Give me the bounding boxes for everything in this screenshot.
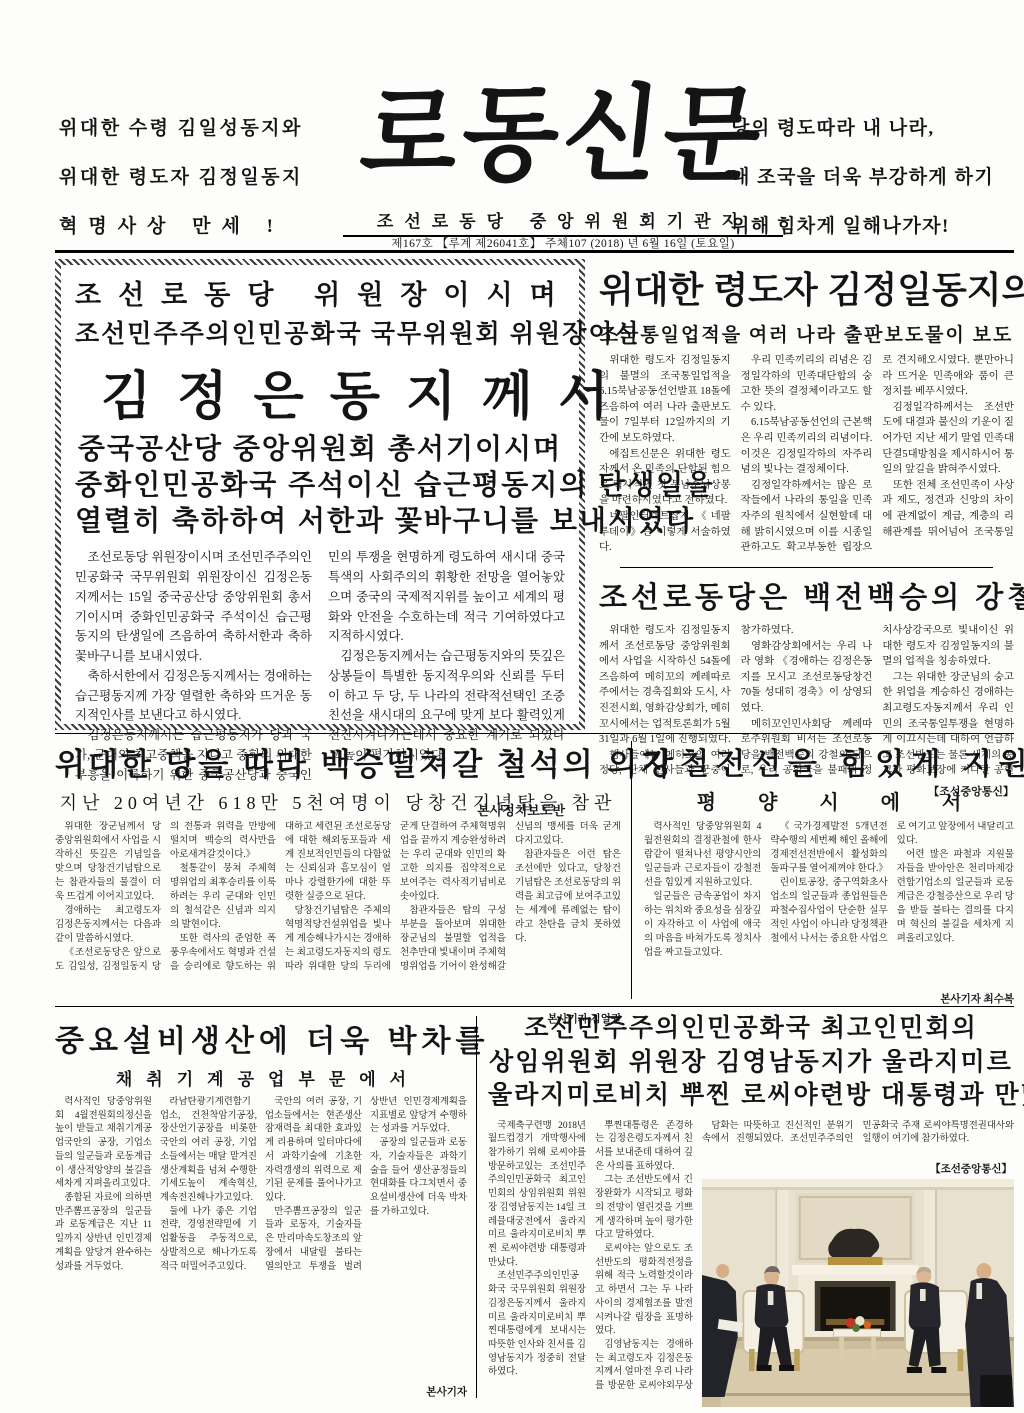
paragraph: 어련 많은 파철과 지원물자들을 받아안은 천리마제강련합기업소의 일군들과 로… [897,849,1014,947]
slogan-line: 당의 령도따라 내 나라, [731,113,1011,162]
paragraph: 뿌찐대통령은 존경하는 김정은령도자께서 친서를 보내준데 대하여 깊은 사의를… [595,1120,693,1175]
top-right-column: 위대한 령도자 김정일동지의 조국통일업적을 여러 나라 출판보도물이 보도 위… [599,262,1014,730]
paragraph: 6.15북남공동선언의 근본핵은 우리 민족끼리의 리념이다. 이것은 김정일각… [741,415,873,477]
paragraph: 력사적인 당중앙위원회 4월전원회의정신을 높이 받들고 채취기계공업국안의 공… [55,1096,152,1192]
paragraph: 담화는 따뜻하고 진신적인 분위기속에서 진행되였다. 조선민주주의인민공화국 … [702,1120,1014,1147]
pyongyang-body: 력사적인 당중앙위원회 4월전원회의 결정관철에 한사람같이 떨쳐나선 평양시안… [644,821,1014,989]
masthead: 위대한 수령 김일성동지와위대한 령도자 김정일동지혁명사상 만세 ! 로동신문… [55,95,1014,247]
putin-article: 조선민주주의인민공화국 최고인민회의 상임위원회 위원장 김영남동지가 울라지미… [488,1012,1014,1408]
equipment-body: 력사적인 당중앙위원회 4월전원회의정신을 높이 받들고 채취기계공업국안의 공… [55,1096,467,1382]
reunification-subhead: 조국통일업적을 여러 나라 출판보도물이 보도 [599,320,1014,347]
lead-deck-1: 중국공산당 중앙위원회 총서기이시며 [75,431,565,467]
lead-article-box: 조선로동당 위원장이시며 조선민주주의인민공화국 국무위원회 위원장이신 김정은… [55,259,585,730]
putin-body-note: 담화는 따뜻하고 진신적인 분위기속에서 진행되였다. 조선민주주의인민공화국 … [702,1120,1014,1160]
equipment-byline: 본사기자 [55,1384,467,1399]
newspaper-page: 위대한 수령 김일성동지와위대한 령도자 김정일동지혁명사상 만세 ! 로동신문… [0,0,1024,1413]
column-divider-rule [476,1016,477,1398]
steel-party-headline: 조선로동당은 백전백승의 강철의 당 [599,575,1014,616]
bottom-band: 중요설비생산에 더욱 박차를 채취기계공업부문에서 력사적인 당중앙위원회 4월… [55,1012,1014,1405]
pyongyang-subhead: 평양시에서 [644,786,1014,815]
paragraph: 네팔인터네트잡지 《네팔 루데이》는 이렇게 서술하였다. [599,509,731,556]
lead-headline: 김정은동지께서 [75,354,565,429]
masthead-rule [55,250,1014,253]
monument-subhead: 지난 20여년간 618만 5천여명이 당창건기념탑을 참관 [55,789,621,815]
putin-body: 국제축구련맹 2018년 월드컵경기 개막행사에 참가하기 위해 로씨야를 방문… [488,1120,693,1408]
paragraph: 《국가경제발전 5개년전략수행의 세번째 해인 올해에 경제전선전반에서 활성화… [770,821,887,877]
monument-article: 위대한 당을 따라 백승떨쳐갈 철석의 의지 지난 20여년간 618만 5천여… [55,739,621,1026]
paragraph: 에집트신문은 위대한 령도자께서 온 민족의 단합된 힘으로 력사적인 첫 북남… [599,447,731,509]
paragraph: 위대한 령도자 김정일동지의 불멸의 조국통일업적을 6.15북남공동선언발표 … [599,353,731,447]
paragraph: 그는 조선반도에서 긴장완화가 시작되고 평화의 전망이 열린것을 기쁘게 생각… [595,1174,693,1243]
pyongyang-byline: 본사기자 최수복 [644,991,1014,1006]
paragraph: 영화감상회에서는 우리 나라 영화 《경애하는 김정은동지를 모시고 조선로동당… [741,639,873,717]
section-rule-top [55,733,1014,734]
masthead-slogan-left: 위대한 수령 김일성동지와위대한 령도자 김정일동지혁명사상 만세 ! [59,113,329,260]
lead-kicker-2: 조선민주주의인민공화국 국무위원회 위원장이신 [75,314,565,350]
slogan-line: 위대한 수령 김일성동지와 [59,113,329,162]
organ-line: 조선로동당 중앙위원회기관지 [343,207,783,237]
pyongyang-headline: 강철전선을 힘있게 지원 [644,739,1014,783]
paragraph: 로씨야는 앞으로도 조선반도의 평화적전정을 위해 적극 노력할것이라고 하면서… [595,1243,693,1339]
paragraph: 위대한 장군님께서 당중앙위원회에서 사업을 시작하신 뜻깊은 기념일을 맞으며… [55,821,161,905]
lead-deck-3: 열렬히 축하하여 서한과 꽃바구니를 보내시였다 [75,503,565,539]
lead-deck-2: 중화인민공화국 주석이신 습근평동지의 탄생일을 [75,467,565,503]
paragraph: 참관자들은 이런 탑은 조선에만 있다고, 당창건기념탑은 조선로동당의 위력을… [515,849,621,947]
article-divider-rule [620,567,994,568]
reunification-headline: 위대한 령도자 김정일동지의 [599,262,1014,313]
paragraph: 위대한 령도자 김정일동지께서 조선로동당 중앙위원회에서 사업을 시작하신 5… [599,623,731,748]
paragraph: 공장의 일군들과 로동자, 기술자들은 과학기술을 들어 생산공정들의 현대화를… [370,1137,467,1219]
lead-paragraph: 조선로동당 위원장이시며 조선민주주의인민공화국 국무위원회 위원장이신 김정은… [75,548,312,667]
monument-body: 위대한 장군님께서 당중앙위원회에서 사업을 시작하신 뜻깊은 기념일을 맞으며… [55,821,621,1009]
lead-paragraph: 축하서한에서 김정은동지께서는 경애하는 습근평동지께 가장 열렬한 축하와 뜨… [75,667,312,726]
pyongyang-article: 강철전선을 힘있게 지원 평양시에서 력사적인 당중앙위원회 4월전원회의 결정… [644,739,1014,1006]
putin-byline: 【조선중앙통신】 [702,1161,1012,1176]
paragraph: 일군들은 금속공업이 차지하는 위치와 중요성을 심장깊이 자각하고 이 사업에… [644,891,761,961]
paragraph: 력사적인 당중앙위원회 4월전원회의 결정관철에 한사람같이 떨쳐나선 평양시안… [644,821,761,891]
newspaper-title: 로동신문 [337,77,789,191]
putin-headline-line1: 조선민주주의인민공화국 최고인민회의 [488,1012,1014,1046]
lead-kicker-1: 조선로동당 위원장이시며 [75,273,565,312]
slogan-line: 내 조국을 더욱 부강하게 하기 [731,162,1011,211]
paragraph: 국안의 여러 공장, 기업소들에서는 현존생산잠재력을 최대한 효과있게 리용하… [265,1096,362,1206]
section-rule-bottom [55,1006,1014,1007]
paragraph: 종합된 자료에 의하면 만주뽐프공장의 일군들과 로동계급은 지난 11일까지 … [55,1192,152,1274]
middle-band: 위대한 당을 따라 백승떨쳐갈 철석의 의지 지난 20여년간 618만 5천여… [55,739,1014,1003]
paragraph: 둘에 나가 좋은 기업전략, 경영전략밑에 기업활동을 주동적으로, 상발적으로… [160,1206,257,1275]
putin-headline-line2: 상임위원회 위원장 김영남동지가 울라지미르 [488,1046,1014,1080]
meeting-photo [702,1179,1014,1407]
equipment-article: 중요설비생산에 더욱 박차를 채취기계공업부문에서 력사적인 당중앙위원회 4월… [55,1016,467,1399]
meeting-photo-illustration [702,1179,1014,1407]
paragraph: 국제축구련맹 2018년 월드컵경기 개막행사에 참가하기 위해 로씨야를 방문… [488,1120,586,1271]
monument-headline: 위대한 당을 따라 백승떨쳐갈 철석의 의지 [55,739,621,784]
paragraph: 조선민주주의인민공화국 국무위원회 위원장 김정은동지께서 울라지미르 울라지미… [488,1270,586,1380]
paragraph: 경애하는 최고령도자 김정은동지께서는 다음과 같이 말씀하시였다. [55,905,161,947]
column-divider-rule [631,741,632,999]
equipment-subhead: 채취기계공업부문에서 [55,1065,467,1090]
paragraph: 라남탄광기계련합기업소, 건천착암기공장, 장산언기공장을 비롯한 국안의 여러… [160,1096,257,1206]
slogan-line: 위대한 령도자 김정일동지 [59,162,329,211]
paragraph: 김정일각하께서는 조선반도에 대결과 불신의 기운이 짙어가던 지난 세기 말엽… [882,400,1014,478]
masthead-slogan-right: 당의 령도따라 내 나라,내 조국을 더욱 부강하게 하기위해 힘차게 일해나가… [731,113,1011,260]
issue-date-line: 제167호 【루계 제26041호】 주체107 (2018) 년 6월 16일… [343,235,783,251]
equipment-headline: 중요설비생산에 더욱 박차를 [55,1016,467,1060]
putin-headline-line3: 울라지미로비치 뿌찐 로씨야련방 대통령과 만났다 [488,1079,1014,1113]
paragraph: 우리 민족끼리의 리념은 김정일각하의 민족대단합의 숭고한 뜻의 결정체이라고… [741,353,873,415]
paragraph: 철통같이 뭉쳐 주체혁명위업의 최후승리를 이룩하려는 우리 군대와 인민의 철… [170,863,276,933]
reunification-body: 위대한 령도자 김정일동지의 불멸의 조국통일업적을 6.15북남공동선언발표 … [599,353,1014,559]
